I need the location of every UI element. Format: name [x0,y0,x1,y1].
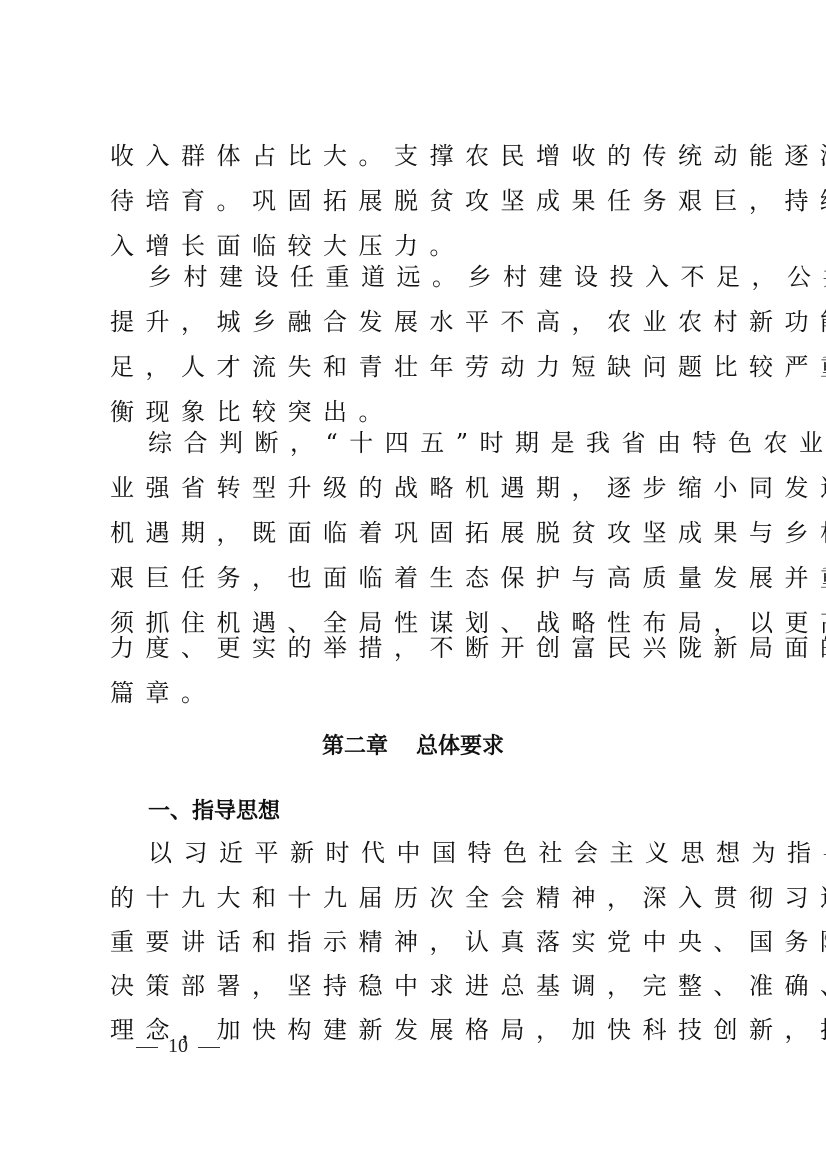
text-line: 入增长面临较大压力。 [110,231,717,261]
text-line: 综合判断，“十四五”时期是我省由特色农业大省向特色农 [148,428,717,458]
text-line: 待培育。巩固拓展脱贫攻坚成果任务艰巨，持续较快促进农民收 [110,186,717,216]
text-line: 重要讲话和指示精神，认真落实党中央、国务院及省委、省政府 [110,927,717,957]
page-number-footer: 10 [126,1033,230,1059]
text-line: 足，人才流失和青壮年劳动力短缺问题比较严重，地区发展不平 [110,352,717,382]
text-line: 机遇期，既面临着巩固拓展脱贫攻坚成果与乡村振兴有效衔接的 [110,518,717,548]
text-line: 的十九大和十九届历次全会精神，深入贯彻习近平总书记对甘肃 [110,883,717,913]
text-line: 业强省转型升级的战略机遇期，逐步缩小同发达地区差距的关键 [110,473,717,503]
text-line: 收入群体占比大。支撑农民增收的传统动能逐渐减弱，新动能亟 [110,141,717,171]
dash-left [136,1047,158,1048]
page-number: 10 [168,1035,188,1057]
text-line: 艰巨任务，也面临着生态保护与高质量发展并重等重大考验，必 [110,563,717,593]
dash-right [198,1047,220,1048]
text-line: 决策部署，坚持稳中求进总基调，完整、准确、全面贯彻新发展 [110,971,717,1001]
text-line: 衡现象比较突出。 [110,397,717,427]
text-line: 提升，城乡融合发展水平不高，农业农村新功能新业态开发不 [110,307,717,337]
chapter-number: 第二章 [322,734,388,759]
text-line: 力度、更实的举措，不断开创富民兴陇新局面的“三农”新 [110,633,717,663]
text-line: 篇章。 [110,678,717,708]
text-line: 乡村建设任重道远。乡村建设投入不足，公共服务能力亟需 [148,262,717,292]
chapter-heading: 第二章总体要求 [0,732,826,762]
section-heading: 一、指导思想 [148,797,280,827]
document-page: 收入群体占比大。支撑农民增收的传统动能逐渐减弱，新动能亟 待培育。巩固拓展脱贫攻… [0,0,826,1169]
text-line: 以习近平新时代中国特色社会主义思想为指导，全面贯彻党 [148,838,717,868]
chapter-title: 总体要求 [416,734,504,759]
